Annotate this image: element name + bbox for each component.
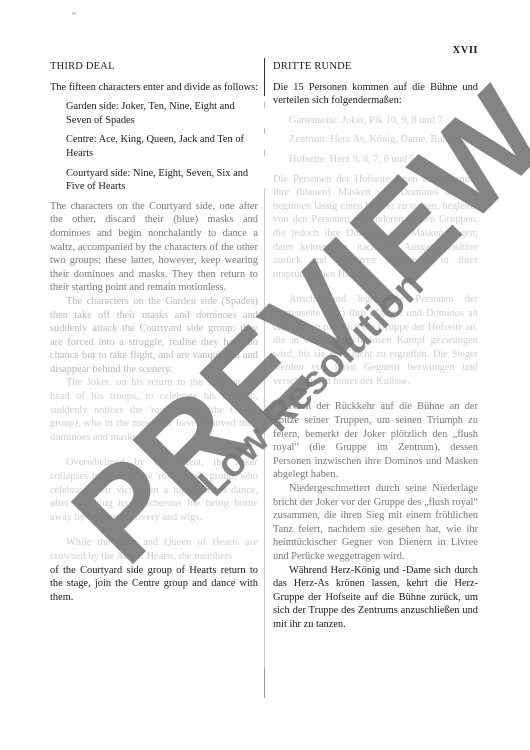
cast-list-en: Garden side: Joker, Ten, Nine, Eight and… (50, 100, 258, 194)
section-heading-en: THIRD DEAL (50, 60, 258, 74)
paragraph-1-de: Die Personen der Hofseite legen nacheina… (273, 173, 478, 282)
paragraph-3-en: The Joker, on his return to the stage at… (50, 376, 258, 444)
cast-gartenseite: Gartenseite: Joker, Pik 10, 9, 8 und 7 (289, 114, 478, 128)
paragraph-4-en: Overwhelmed by his defeat, the Joker col… (50, 456, 258, 524)
cast-zentrum: Zentrum: Herz As, König, Dame, Bube, 10 (289, 133, 478, 147)
paragraph-2-en: The characters on the Garden side (Spade… (50, 295, 258, 377)
intro-de: Die 15 Personen kommen auf die Bühne und… (273, 81, 478, 108)
scan-speck (72, 12, 76, 15)
paragraph-5-de: Während Herz-König und -Dame sich durch … (273, 564, 478, 632)
paragraph-5a-en: While the King and Queen of Hearts are c… (50, 536, 258, 563)
paragraph-3-de: Nach der Rückkehr auf die Bühne an der S… (273, 400, 478, 482)
paragraph-2-de: Anschließend legen die Personen der Gart… (273, 293, 478, 388)
section-heading-de: DRITTE RUNDE (273, 60, 478, 74)
paragraph-4-de: Niedergeschmettert durch seine Niederlag… (273, 482, 478, 564)
page-number: XVII (453, 45, 478, 56)
cast-garden-side: Garden side: Joker, Ten, Nine, Eight and… (66, 100, 258, 127)
paragraph-5b-en: of the Courtyard side group of Hearts re… (50, 564, 258, 605)
cast-hofseite: Hofseite: Herz 9, 8, 7, 6 und 5 (289, 153, 478, 167)
cast-list-de: Gartenseite: Joker, Pik 10, 9, 8 und 7 Z… (273, 114, 478, 167)
cast-centre: Centre: Ace, King, Queen, Jack and Ten o… (66, 133, 258, 160)
column-divider (264, 58, 265, 698)
intro-en: The fifteen characters enter and divide … (50, 81, 258, 95)
english-column: THIRD DEAL The fifteen characters enter … (50, 60, 258, 604)
german-column: DRITTE RUNDE Die 15 Personen kommen auf … (273, 60, 478, 632)
paragraph-1-en: The characters on the Courtyard side, on… (50, 200, 258, 295)
cast-courtyard-side: Courtyard side: Nine, Eight, Seven, Six … (66, 167, 258, 194)
